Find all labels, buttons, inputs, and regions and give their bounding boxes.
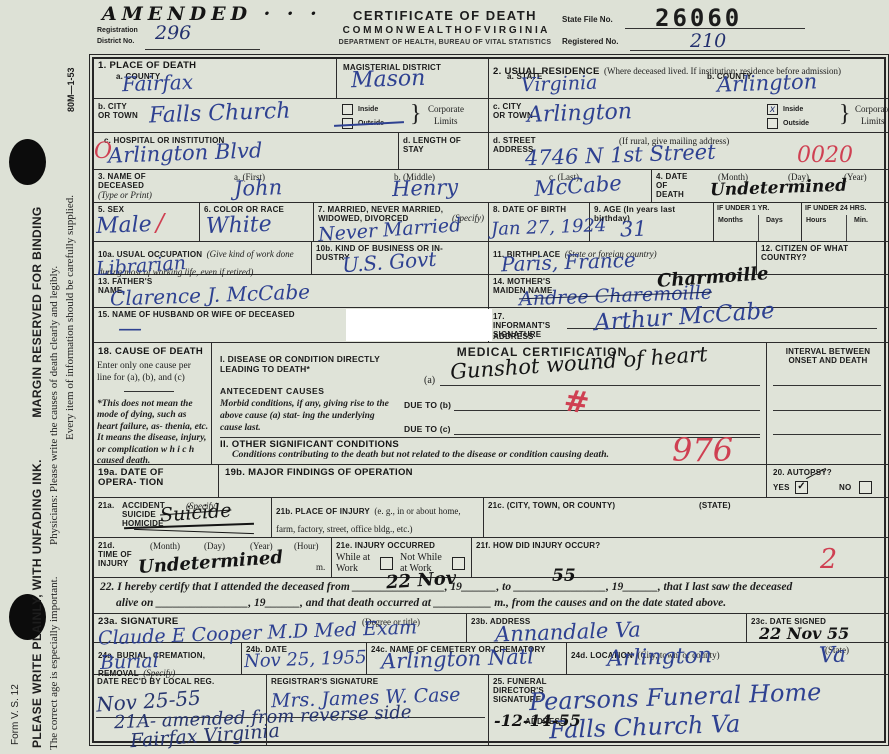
rule-line — [145, 49, 260, 50]
cell-place-of-injury: 21b. PLACE OF INJURY (e. g., in or about… — [272, 498, 484, 538]
how-injury-label: 21f. HOW DID INJURY OCCUR? — [476, 541, 600, 550]
strike-mark — [134, 529, 254, 534]
cell-color-or-race: 6. COLOR OR RACE White — [200, 203, 314, 242]
margin-physicians: Physicians: Please write the causes of d… — [48, 266, 60, 545]
cell-how-injury-occurred: 21f. HOW DID INJURY OCCUR? 2 — [472, 538, 888, 578]
margin-write-plainly: PLEASE WRITE PLAINLY, WITH UNFADING INK. — [30, 459, 44, 748]
hours-label: Hours — [806, 217, 826, 225]
month-label: (Month) — [150, 541, 180, 551]
inside-label: Inside — [358, 106, 378, 114]
date-received-label: DATE REC'D BY LOCAL REG. — [97, 677, 257, 686]
middle-name-value: Henry — [392, 175, 459, 201]
state-file-label: State File No. — [562, 16, 613, 25]
informant-address-label: ADDRESS — [493, 332, 534, 341]
autopsy-no-checkbox — [859, 481, 872, 494]
red-hash-mark: # — [562, 383, 592, 421]
cause-of-death-label: 18. CAUSE OF DEATH — [98, 347, 203, 357]
redaction-box — [346, 309, 492, 341]
district-no-label: District No. — [97, 38, 134, 46]
antecedent-causes-label: ANTECEDENT CAUSES — [220, 387, 324, 397]
red-code-976: 976 — [672, 431, 733, 469]
corporate-label: Corporate — [428, 104, 464, 114]
location-value: Arlington — [607, 643, 713, 672]
burial-date-value: Nov 25, 1955 — [244, 647, 367, 672]
city-town-label: b. CITY OR TOWN — [98, 102, 138, 120]
color-or-race-value: White — [206, 212, 273, 239]
citizen-label: 12. CITIZEN OF WHAT COUNTRY? — [761, 244, 876, 262]
divider — [758, 215, 759, 241]
21a-number: 21a. — [98, 501, 114, 510]
cell-physician-signature: 23a. SIGNATURE (Degree or title) Claude … — [94, 614, 467, 643]
cell-informant: 17. INFORMANT'S SIGNATURE ADDRESS Arthur… — [489, 308, 888, 343]
registrar-label: REGISTRAR'S SIGNATURE — [271, 677, 378, 686]
rule-line — [773, 385, 881, 386]
residence-limits-label: Limits — [861, 116, 885, 126]
cell-major-findings: 19b. MAJOR FINDINGS OF OPERATION — [219, 465, 767, 498]
due-to-b-label: DUE TO (b) — [404, 401, 451, 411]
year-label: (Year) — [844, 172, 867, 182]
major-findings-label: 19b. MAJOR FINDINGS OF OPERATION — [225, 468, 413, 478]
cell-sex: 5. SEX Male / — [94, 203, 200, 242]
due-to-c-label: DUE TO (c) — [404, 425, 451, 435]
margin-every-item: Every item of information should be care… — [64, 195, 76, 440]
cell-date-of-death: 4. DATE OF DEATH (Month) (Day) (Year) Un… — [652, 170, 888, 203]
cell-industry: 10b. KIND OF BUSINESS OR IN- DUSTRY U.S.… — [312, 242, 489, 275]
rule-line — [773, 410, 881, 411]
while-at-work-checkbox — [380, 557, 393, 570]
cause-note-1: Enter only one cause per line for (a), (… — [97, 361, 207, 385]
cell-under-1yr: IF UNDER 1 YR. Months Days — [714, 203, 802, 242]
disease-condition-label: I. DISEASE OR CONDITION DIRECTLY LEADING… — [220, 355, 390, 375]
city-town-value: Falls Church — [149, 99, 291, 129]
hole-punch-top — [9, 139, 46, 185]
residence-inside-checkbox: x — [767, 104, 778, 115]
date-of-death-label: 4. DATE OF DEATH — [656, 172, 696, 200]
m-label: m. — [316, 562, 325, 572]
first-name-value: John — [234, 175, 283, 201]
cell-time-of-injury: 21d. TIME OF INJURY (Month) (Day) (Year)… — [94, 538, 332, 578]
rule-line — [124, 391, 174, 392]
certificate-title: CERTIFICATE OF DEATH — [330, 8, 560, 23]
autopsy-no-label: NO — [839, 483, 851, 492]
time-of-injury-label: 21d. TIME OF INJURY — [98, 541, 134, 569]
cell-marital-status: 7. MARRIED, NEVER MARRIED, WIDOWED, DIVO… — [314, 203, 489, 242]
min-label: Min. — [854, 217, 868, 225]
commonwealth-subtitle: C O M M O N W E A L T H O F V I R G I N … — [315, 25, 575, 36]
margin-reserved-binding: MARGIN RESERVED FOR BINDING — [30, 206, 44, 417]
hospital-value: Arlington Blvd — [108, 138, 263, 167]
residence-outside-checkbox — [767, 118, 778, 129]
injury-city-label: 21c. (CITY, TOWN, OR COUNTY) — [488, 501, 615, 510]
cell-spouse-name: 15. NAME OF HUSBAND OR WIFE OF DECEASED … — [94, 308, 489, 343]
magisterial-district-value: Mason — [351, 66, 426, 94]
cell-city-of-death: b. CITY OR TOWN Falls Church Inside Outs… — [94, 99, 489, 133]
under-24hrs-label: IF UNDER 24 HRS. — [805, 205, 866, 213]
registration-district-number: 296 — [155, 22, 191, 44]
age-label: 9. AGE (In years last birthday) — [594, 205, 704, 223]
registered-no-label: Registered No. — [562, 38, 618, 47]
rule-line — [625, 28, 805, 29]
state-value: Virginia — [521, 72, 598, 97]
residence-county-value: Arlington — [717, 69, 818, 96]
rule-line — [454, 410, 760, 411]
cell-cemetery-location: 24d. LOCATION (City, town, or county) (S… — [567, 643, 888, 675]
department-line: DEPARTMENT OF HEALTH, BUREAU OF VITAL ST… — [315, 39, 575, 46]
date-of-birth-label: 8. DATE OF BIRTH — [493, 205, 566, 214]
residence-city-value: Arlington — [527, 99, 633, 128]
last-name-value: McCabe — [533, 171, 622, 201]
cell-certify-statement: 22. I hereby certify that I attended the… — [94, 578, 888, 614]
interval-label: INTERVAL BETWEEN ONSET AND DEATH — [773, 347, 883, 365]
rule-line — [630, 50, 850, 51]
place-of-injury-label: 21b. PLACE OF INJURY (e. g., in or about… — [276, 501, 476, 537]
date-signed-value: 22 Nov 55 — [759, 624, 849, 643]
street-address-red-code: 0020 — [797, 143, 853, 168]
months-label: Months — [718, 217, 743, 225]
cell-magisterial-district: MAGISTERIAL DISTRICT Mason — [337, 59, 489, 99]
day-label: (Day) — [204, 541, 225, 551]
industry-value: U.S. Govt — [341, 247, 437, 278]
cell-date-of-birth: 8. DATE OF BIRTH Jan 27, 1924 — [489, 203, 590, 242]
days-label: Days — [766, 217, 783, 225]
margin-correct-age: The correct age is especially important. — [48, 577, 60, 750]
cell-residence-city: c. CITY OR TOWN Arlington x Inside Outsi… — [489, 99, 888, 133]
amendment-note-date: -12-14-55 — [494, 711, 581, 730]
brace-glyph: } — [410, 101, 422, 128]
while-at-work-label: While at Work — [336, 552, 378, 574]
registered-number: 210 — [690, 30, 726, 52]
birthplace-value: Paris, France — [501, 248, 636, 277]
rule-line — [773, 434, 881, 435]
divider — [846, 215, 847, 241]
cell-age: 9. AGE (In years last birthday) 31 — [590, 203, 714, 242]
residence-inside-label: Inside — [783, 106, 803, 114]
amended-annotation: AMENDED · · · — [102, 3, 322, 25]
under-1yr-label: IF UNDER 1 YR. — [717, 205, 769, 213]
location-state-value: Va — [819, 643, 847, 669]
cell-citizen: 12. CITIZEN OF WHAT COUNTRY? — [757, 242, 888, 275]
autopsy-yes-label: YES — [773, 483, 790, 492]
cell-father-name: 13. FATHER'S NAME Clarence J. McCabe — [94, 275, 489, 308]
place-of-injury-bold: 21b. PLACE OF INJURY — [276, 507, 370, 516]
cell-length-of-stay: d. LENGTH OF STAY — [399, 133, 489, 170]
red-slash-mark: / — [156, 209, 164, 237]
cemetery-value: Arlington Natl — [381, 644, 535, 673]
cell-name-of-deceased: 3. NAME OF DECEASED (Type or Print) a. (… — [94, 170, 652, 203]
suicide-label: SUICIDE — [122, 510, 156, 519]
street-address-value: 4746 N 1st Street — [525, 140, 716, 171]
certify-line-2: alive on ________________, 19______, and… — [116, 597, 886, 609]
margin-bold-text: PLEASE WRITE PLAINLY, WITH UNFADING INK.… — [30, 206, 44, 748]
cell-hospital: c. HOSPITAL OR INSTITUTION O Arlington B… — [94, 133, 399, 170]
residence-corporate-label: Corporate — [855, 104, 889, 114]
injury-state-label: (STATE) — [699, 501, 731, 510]
cell-interval: INTERVAL BETWEEN ONSET AND DEATH — [767, 343, 888, 465]
cell-usual-residence: 2. USUAL RESIDENCE (Where deceased lived… — [489, 59, 888, 99]
cell-medical-certification: MEDICAL CERTIFICATION I. DISEASE OR COND… — [212, 343, 767, 465]
inside-checkbox — [342, 104, 353, 115]
injury-occurred-label: 21e. INJURY OCCURRED — [336, 541, 435, 550]
cell-autopsy: 20. AUTOPSY? YES ✓ NO — [767, 465, 888, 498]
county-value: Fairfax — [122, 70, 194, 96]
line-a-label: (a) — [424, 375, 435, 386]
spouse-dash-mark: — — [118, 314, 142, 342]
certify-line-1: 22. I hereby certify that I attended the… — [100, 581, 884, 593]
other-significant-note: Conditions contributing to the death but… — [232, 449, 612, 460]
margin-form-number: Form V. S. 12 — [10, 684, 21, 745]
red-number-2: 2 — [820, 544, 837, 575]
type-or-print-note: (Type or Print) — [98, 190, 152, 200]
cell-funeral-director: 25. FUNERAL DIRECTOR'S SIGNATURE Pearson… — [489, 675, 888, 745]
cell-occupation: 10a. USUAL OCCUPATION (Give kind of work… — [94, 242, 312, 275]
date-of-death-value: Undetermined — [710, 176, 848, 201]
sex-value: Male — [96, 212, 153, 239]
cell-place-of-death: 1. PLACE OF DEATH a. COUNTY Fairfax — [94, 59, 337, 99]
brace-glyph: } — [839, 101, 851, 128]
cell-physician-address: 23b. ADDRESS Annandale Va — [467, 614, 747, 643]
registration-label: Registration — [97, 27, 138, 35]
cell-injury-city: 21c. (CITY, TOWN, OR COUNTY) (STATE) — [484, 498, 888, 538]
cell-street-address: d. STREET ADDRESS (If rural, give mailin… — [489, 133, 888, 170]
cell-date-of-operation: 19a. DATE OF OPERA- TION — [94, 465, 219, 498]
age-value: 31 — [620, 217, 648, 242]
margin-note-line: The correct age is especially important.… — [48, 266, 60, 750]
cause-note-2: *This does not mean the mode of dying, s… — [97, 399, 209, 467]
hour-label: (Hour) — [294, 541, 319, 551]
date-of-operation-label: 19a. DATE OF OPERA- TION — [98, 468, 198, 489]
cell-accident-suicide: 21a. ACCIDENT SUICIDE HOMICIDE (Specify)… — [94, 498, 272, 538]
morbid-conditions-note: Morbid conditions, if any, giving rise t… — [220, 399, 398, 435]
suicide-handwritten: Suicide — [159, 500, 232, 527]
limits-label: Limits — [434, 116, 458, 126]
death-certificate-scan: Form V. S. 12 PLEASE WRITE PLAINLY, WITH… — [0, 0, 889, 754]
time-of-injury-value: Undetermined — [137, 547, 283, 578]
autopsy-yes-checkbox: ✓ — [795, 481, 808, 494]
burial-value: Burial — [100, 650, 159, 674]
rule-line — [440, 385, 760, 386]
certificate-form: 1. PLACE OF DEATH a. COUNTY Fairfax MAGI… — [92, 57, 886, 743]
residence-outside-label: Outside — [783, 120, 809, 128]
cell-under-24hrs: IF UNDER 24 HRS. Hours Min. — [802, 203, 888, 242]
margin-stock-number: 80M—1-53 — [66, 67, 76, 112]
length-of-stay-label: d. LENGTH OF STAY — [403, 136, 481, 154]
attended-from-year: 55 — [552, 566, 576, 586]
cell-date-signed: 23c. DATE SIGNED 22 Nov 55 — [747, 614, 888, 643]
cell-cemetery: 24c. NAME OF CEMETERY OR CREMATORY Arlin… — [367, 643, 567, 675]
cell-burial: 24a. BURIAL, CREMATION, REMOVAL (Specify… — [94, 643, 242, 675]
name-of-deceased-label: 3. NAME OF DECEASED — [98, 172, 178, 190]
cell-burial-date: 24b. DATE Nov 25, 1955 — [242, 643, 367, 675]
cell-cause-of-death-notes: 18. CAUSE OF DEATH Enter only one cause … — [94, 343, 212, 465]
